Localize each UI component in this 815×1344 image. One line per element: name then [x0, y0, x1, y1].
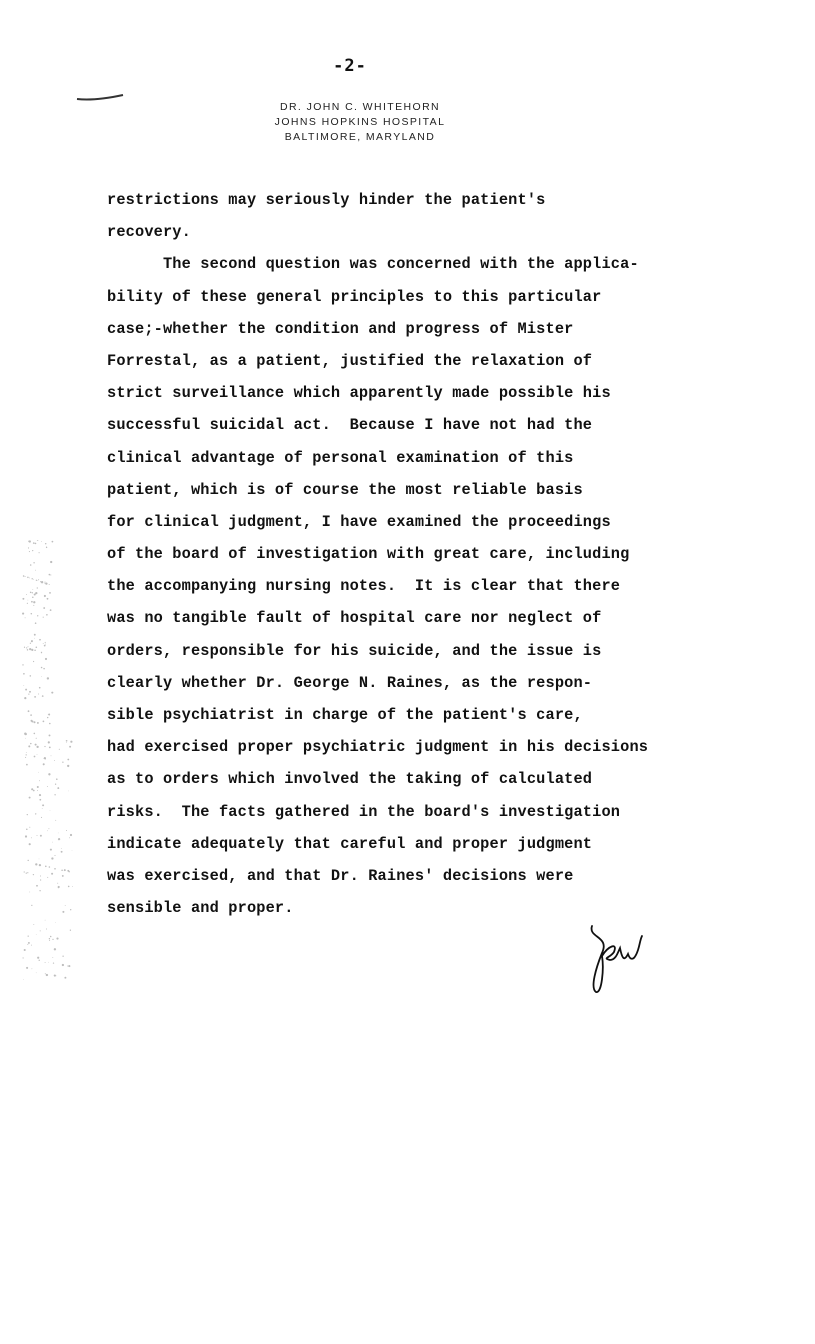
body-line: Forrestal, as a patient, justified the r… — [107, 345, 707, 377]
body-line: successful suicidal act. Because I have … — [107, 409, 707, 441]
body-line: risks. The facts gathered in the board's… — [107, 796, 707, 828]
body-line: restrictions may seriously hinder the pa… — [107, 184, 707, 216]
body-line: bility of these general principles to th… — [107, 281, 707, 313]
body-line: was no tangible fault of hospital care n… — [107, 602, 707, 634]
signature-initials — [580, 918, 660, 998]
body-line: for clinical judgment, I have examined t… — [107, 506, 707, 538]
letterhead-institution: JOHNS HOPKINS HOSPITAL — [230, 115, 490, 130]
letterhead-name: DR. JOHN C. WHITEHORN — [230, 100, 490, 115]
body-line: sible psychiatrist in charge of the pati… — [107, 699, 707, 731]
body-line: recovery. — [107, 216, 707, 248]
body-line: indicate adequately that careful and pro… — [107, 828, 707, 860]
scan-noise-left-margin — [18, 540, 78, 980]
body-line: clearly whether Dr. George N. Raines, as… — [107, 667, 707, 699]
body-line: The second question was concerned with t… — [107, 248, 707, 280]
body-line: as to orders which involved the taking o… — [107, 763, 707, 795]
body-line: the accompanying nursing notes. It is cl… — [107, 570, 707, 602]
body-line: orders, responsible for his suicide, and… — [107, 635, 707, 667]
body-line: clinical advantage of personal examinati… — [107, 442, 707, 474]
body-line: of the board of investigation with great… — [107, 538, 707, 570]
body-line: case;-whether the condition and progress… — [107, 313, 707, 345]
body-line: was exercised, and that Dr. Raines' deci… — [107, 860, 707, 892]
page-number: -2- — [0, 56, 700, 76]
body-line: patient, which is of course the most rel… — [107, 474, 707, 506]
document-page: -2- DR. JOHN C. WHITEHORN JOHNS HOPKINS … — [0, 0, 815, 1344]
body-line: strict surveillance which apparently mad… — [107, 377, 707, 409]
letterhead: DR. JOHN C. WHITEHORN JOHNS HOPKINS HOSP… — [230, 100, 490, 145]
letter-body: restrictions may seriously hinder the pa… — [107, 184, 707, 924]
letterhead-location: BALTIMORE, MARYLAND — [230, 130, 490, 145]
pen-mark-decoration — [75, 92, 125, 102]
body-line: had exercised proper psychiatric judgmen… — [107, 731, 707, 763]
